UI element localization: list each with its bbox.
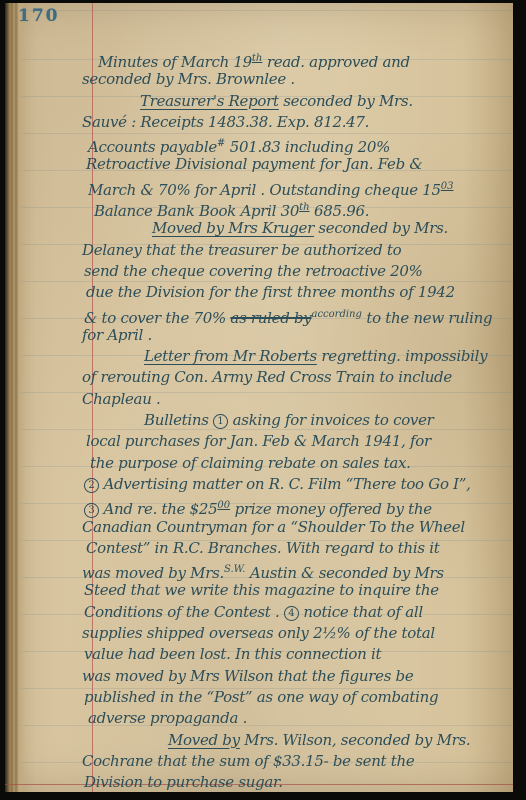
text-segment: Delaney that the treasurer be authorized…: [82, 241, 401, 259]
text-segment: Canadian Countryman for a “Shoulder To t…: [82, 518, 465, 536]
text-segment: read. approved and: [262, 53, 409, 71]
text-segment: Bulletins: [144, 411, 213, 429]
text-segment: Sauvé : Receipts 1483.38. Exp. 812.47.: [82, 113, 369, 131]
text-segment: as ruled by: [230, 309, 311, 327]
circled-number: 2: [84, 478, 99, 493]
manuscript-line: Delaney that the treasurer be authorized…: [82, 240, 510, 261]
text-segment: Chapleau .: [82, 390, 161, 408]
manuscript-line: Division to purchase sugar.: [82, 772, 510, 793]
manuscript-line: & to cover the 70% as ruled byaccording …: [82, 304, 510, 325]
manuscript-line: Bulletins 1 asking for invoices to cover: [82, 410, 510, 431]
text-segment: Austin & seconded by Mrs: [245, 564, 443, 582]
text-segment: adverse propaganda .: [88, 709, 247, 727]
manuscript-line: was moved by Mrs Wilson that the figures…: [82, 666, 510, 687]
manuscript-line: Contest” in R.C. Branches. With regard t…: [82, 538, 510, 559]
text-segment: value had been lost. In this connection …: [84, 645, 381, 663]
text-segment: Letter from Mr Roberts: [144, 347, 317, 365]
manuscript-line: Treasurer's Report seconded by Mrs.: [82, 91, 510, 112]
text-segment: Advertising matter on R. C. Film “There …: [99, 475, 471, 493]
manuscript-line: 2 Advertising matter on R. C. Film “Ther…: [82, 474, 510, 495]
text-segment: notice that of all: [299, 603, 423, 621]
text-segment: send the cheque covering the retroactive…: [84, 262, 423, 280]
manuscript-line: Letter from Mr Roberts regretting. impos…: [82, 346, 510, 367]
text-segment: prize money offered by the: [230, 500, 432, 518]
text-segment: Steed that we write this magazine to inq…: [84, 581, 439, 599]
circled-number: 1: [213, 414, 228, 429]
text-segment: 501.83 including 20%: [225, 138, 390, 156]
manuscript-line: seconded by Mrs. Brownlee .: [82, 69, 510, 90]
text-segment: Contest” in R.C. Branches. With regard t…: [86, 539, 439, 557]
manuscript-line: 3 And re. the $2500 prize money offered …: [82, 495, 510, 516]
manuscript-line: Canadian Countryman for a “Shoulder To t…: [82, 517, 510, 538]
text-segment: was moved by Mrs.: [82, 564, 224, 582]
text-segment: seconded by Mrs. Brownlee .: [82, 70, 295, 88]
text-segment: 03: [441, 181, 454, 192]
manuscript-line: March & 70% for April . Outstanding cheq…: [82, 176, 510, 197]
manuscript-line: Moved by Mrs. Wilson, seconded by Mrs.: [82, 730, 510, 751]
manuscript-line: Retroactive Divisional payment for Jan. …: [82, 154, 510, 175]
manuscript-line: Moved by Mrs Kruger seconded by Mrs.: [82, 218, 510, 239]
manuscript-line: Accounts payable# 501.83 including 20%: [82, 133, 510, 154]
text-segment: Treasurer's Report: [140, 92, 279, 110]
text-segment: th: [252, 53, 262, 64]
text-segment: due the Division for the first three mon…: [86, 283, 455, 301]
text-segment: supplies shipped overseas only 2½% of th…: [82, 624, 435, 642]
manuscript-line: Steed that we write this magazine to inq…: [82, 580, 510, 601]
manuscript-line: of rerouting Con. Army Red Cross Train t…: [82, 367, 510, 388]
text-segment: 685.96.: [310, 202, 370, 220]
text-segment: & to cover the 70%: [84, 309, 230, 327]
manuscript-line: Cochrane that the sum of $33.15- be sent…: [82, 751, 510, 772]
text-segment: th: [299, 202, 309, 213]
manuscript-line: Balance Bank Book April 30th 685.96.: [82, 197, 510, 218]
manuscript-line: send the cheque covering the retroactive…: [82, 261, 510, 282]
text-segment: asking for invoices to cover: [228, 411, 433, 429]
text-segment: Balance Bank Book April 30: [94, 202, 299, 220]
manuscript: Minutes of March 19th read. approved and…: [82, 48, 510, 793]
manuscript-line: value had been lost. In this connection …: [82, 644, 510, 665]
text-segment: And re. the $25: [99, 500, 217, 518]
text-segment: published in the “Post” as one way of co…: [84, 688, 438, 706]
text-segment: Accounts payable: [88, 138, 217, 156]
manuscript-line: due the Division for the first three mon…: [82, 282, 510, 303]
manuscript-line: local purchases for Jan. Feb & March 194…: [82, 431, 510, 452]
text-segment: March & 70% for April . Outstanding cheq…: [88, 181, 441, 199]
manuscript-line: adverse propaganda .: [82, 708, 510, 729]
text-segment: to the new ruling: [362, 309, 492, 327]
text-segment: S.W.: [224, 564, 245, 575]
text-segment: of rerouting Con. Army Red Cross Train t…: [82, 368, 452, 386]
text-segment: Cochrane that the sum of $33.15- be sent…: [82, 752, 414, 770]
circled-number: 3: [84, 503, 99, 518]
text-segment: Moved by: [168, 731, 240, 749]
text-segment: Minutes of March 19: [98, 53, 252, 71]
circled-number: 4: [284, 606, 299, 621]
page-number: 170: [18, 6, 60, 26]
text-segment: seconded by Mrs.: [314, 219, 448, 237]
text-segment: 00: [217, 500, 230, 511]
text-segment: seconded by Mrs.: [279, 92, 413, 110]
ledger-paper: 170 Minutes of March 19th read. approved…: [5, 3, 513, 792]
scanned-minutes-page: { "page": { "number": "170", "paper_colo…: [0, 0, 526, 800]
text-segment: for April .: [82, 326, 152, 344]
text-segment: local purchases for Jan. Feb & March 194…: [86, 432, 431, 450]
manuscript-line: Chapleau .: [82, 389, 510, 410]
manuscript-line: Minutes of March 19th read. approved and: [82, 48, 510, 69]
text-segment: Division to purchase sugar.: [84, 773, 283, 791]
manuscript-line: for April .: [82, 325, 510, 346]
book-binding-edge: [5, 3, 25, 792]
manuscript-line: supplies shipped overseas only 2½% of th…: [82, 623, 510, 644]
manuscript-line: Conditions of the Contest . 4 notice tha…: [82, 602, 510, 623]
text-segment: Retroactive Divisional payment for Jan. …: [86, 155, 422, 173]
manuscript-line: the purpose of claiming rebate on sales …: [82, 453, 510, 474]
text-segment: Mrs. Wilson, seconded by Mrs.: [240, 731, 471, 749]
text-segment: regretting. impossibily: [317, 347, 487, 365]
text-segment: was moved by Mrs Wilson that the figures…: [82, 667, 413, 685]
text-segment: according: [311, 309, 361, 320]
manuscript-line: was moved by Mrs.S.W. Austin & seconded …: [82, 559, 510, 580]
manuscript-line: Sauvé : Receipts 1483.38. Exp. 812.47.: [82, 112, 510, 133]
manuscript-line: published in the “Post” as one way of co…: [82, 687, 510, 708]
text-segment: Conditions of the Contest .: [84, 603, 284, 621]
text-segment: Moved by Mrs Kruger: [152, 219, 314, 237]
text-segment: the purpose of claiming rebate on sales …: [90, 454, 411, 472]
